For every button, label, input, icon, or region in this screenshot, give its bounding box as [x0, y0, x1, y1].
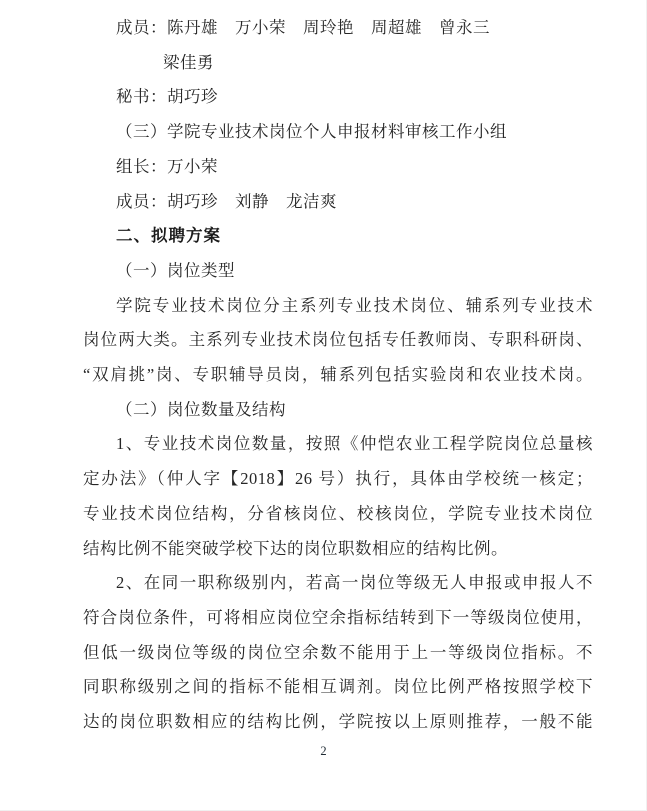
secretary-line: 秘书：胡巧珍	[83, 80, 593, 115]
document-body: 成员：陈丹雄 万小荣 周玲艳 周超雄 曾永三 梁佳勇 秘书：胡巧珍 （三）学院专…	[83, 11, 593, 740]
position-type-para-line-2: 岗位两大类。主系列专业技术岗位包括专任教师岗、专职科研岗、	[83, 323, 593, 358]
page-number: 2	[320, 744, 326, 758]
section-2-heading: 二、拟聘方案	[83, 219, 593, 254]
members-list-line-1: 成员：陈丹雄 万小荣 周玲艳 周超雄 曾永三	[83, 11, 593, 46]
transfer-rule-para-line-5: 达的岗位职数相应的结构比例，学院按以上原则推荐，一般不能	[83, 705, 593, 740]
position-type-para-line-3: “双肩挑”岗、专职辅导员岗，辅系列包括实验岗和农业技术岗。	[83, 358, 593, 393]
quantity-para-line-2: 定办法》（仲人字【2018】26 号）执行，具体由学校统一核定；	[83, 462, 593, 497]
position-type-para-line-1: 学院专业技术岗位分主系列专业技术岗位、辅系列专业技术	[83, 289, 593, 324]
transfer-rule-para-line-1: 2、在同一职称级别内，若高一岗位等级无人申报或申报人不	[83, 566, 593, 601]
quantity-para-line-1: 1、专业技术岗位数量，按照《仲恺农业工程学院岗位总量核	[83, 427, 593, 462]
document-page: 成员：陈丹雄 万小荣 周玲艳 周超雄 曾永三 梁佳勇 秘书：胡巧珍 （三）学院专…	[0, 0, 647, 811]
transfer-rule-para-line-2: 符合岗位条件，可将相应岗位空余指标结转到下一等级岗位使用，	[83, 601, 593, 636]
transfer-rule-para-line-3: 但低一级岗位等级的岗位空余数不能用于上一等级岗位指标。不	[83, 636, 593, 671]
page-footer: 2	[0, 742, 647, 760]
members-list-line-2: 梁佳勇	[83, 46, 593, 81]
subsection-1-heading: （一）岗位类型	[83, 254, 593, 289]
quantity-para-line-4: 结构比例不能突破学校下达的岗位职数相应的结构比例。	[83, 532, 593, 567]
quantity-para-line-3: 专业技术岗位结构，分省核岗位、校核岗位，学院专业技术岗位	[83, 497, 593, 532]
transfer-rule-para-line-4: 同职称级别之间的指标不能相互调剂。岗位比例严格按照学校下	[83, 670, 593, 705]
group-leader-line: 组长：万小荣	[83, 150, 593, 185]
review-group-members-line: 成员：胡巧珍 刘静 龙洁爽	[83, 185, 593, 220]
subsection-3-heading: （三）学院专业技术岗位个人申报材料审核工作小组	[83, 115, 593, 150]
subsection-2-heading: （二）岗位数量及结构	[83, 393, 593, 428]
